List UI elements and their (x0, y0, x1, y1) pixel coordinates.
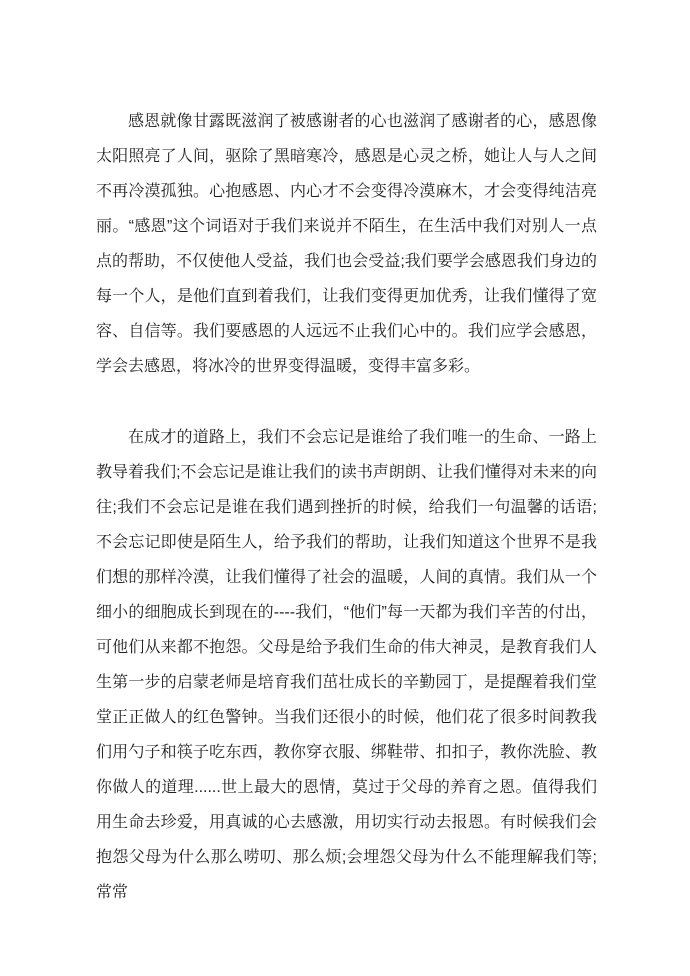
paragraph-growth-gratitude-parents: 在成才的道路上，我们不会忘记是谁给了我们唯一的生命、一路上教导着我们;不会忘记是… (96, 420, 597, 910)
paragraph-gratitude-intro: 感恩就像甘露既滋润了被感谢者的心也滋润了感谢者的心，感恩像太阳照亮了人间，驱除了… (96, 104, 597, 384)
document-page: 感恩就像甘露既滋润了被感谢者的心也滋润了感谢者的心，感恩像太阳照亮了人间，驱除了… (0, 0, 690, 976)
document-body: 感恩就像甘露既滋润了被感谢者的心也滋润了感谢者的心，感恩像太阳照亮了人间，驱除了… (96, 104, 597, 910)
